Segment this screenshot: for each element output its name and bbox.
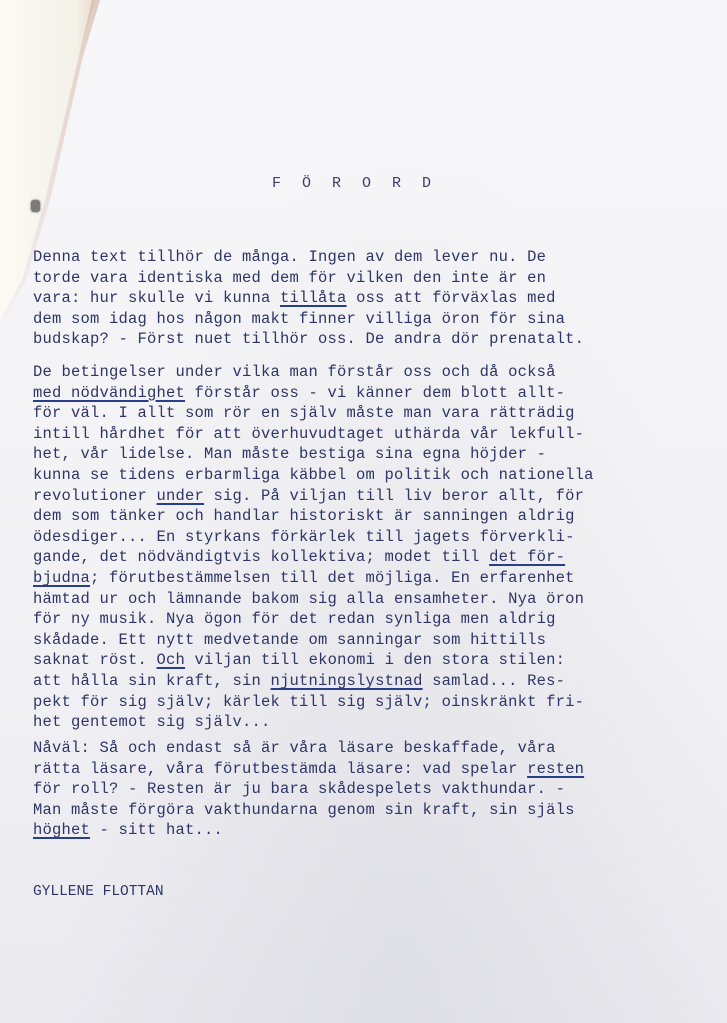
signature: GYLLENE FLOTTAN	[33, 882, 164, 903]
underlined-phrase: med nödvändighet	[33, 384, 185, 402]
underlined-phrase: bjudna	[33, 569, 90, 587]
paragraph-1: Denna text tillhör de många. Ingen av de…	[33, 247, 584, 350]
underlined-phrase: resten	[527, 760, 584, 778]
document-title: F Ö R O R D	[272, 175, 437, 192]
underlined-phrase: under	[157, 487, 205, 505]
staple-icon	[31, 200, 40, 212]
paragraph-3: Nåväl: Så och endast så är våra läsare b…	[33, 738, 584, 841]
underlined-phrase: det för-	[489, 548, 565, 566]
underlined-phrase: Och	[157, 651, 186, 669]
underlined-phrase: njutningslystnad	[271, 672, 423, 690]
paragraph-2: De betingelser under vilka man förstår o…	[33, 362, 594, 733]
underlined-phrase: tillåta	[280, 289, 347, 307]
underlined-phrase: höghet	[33, 821, 90, 839]
